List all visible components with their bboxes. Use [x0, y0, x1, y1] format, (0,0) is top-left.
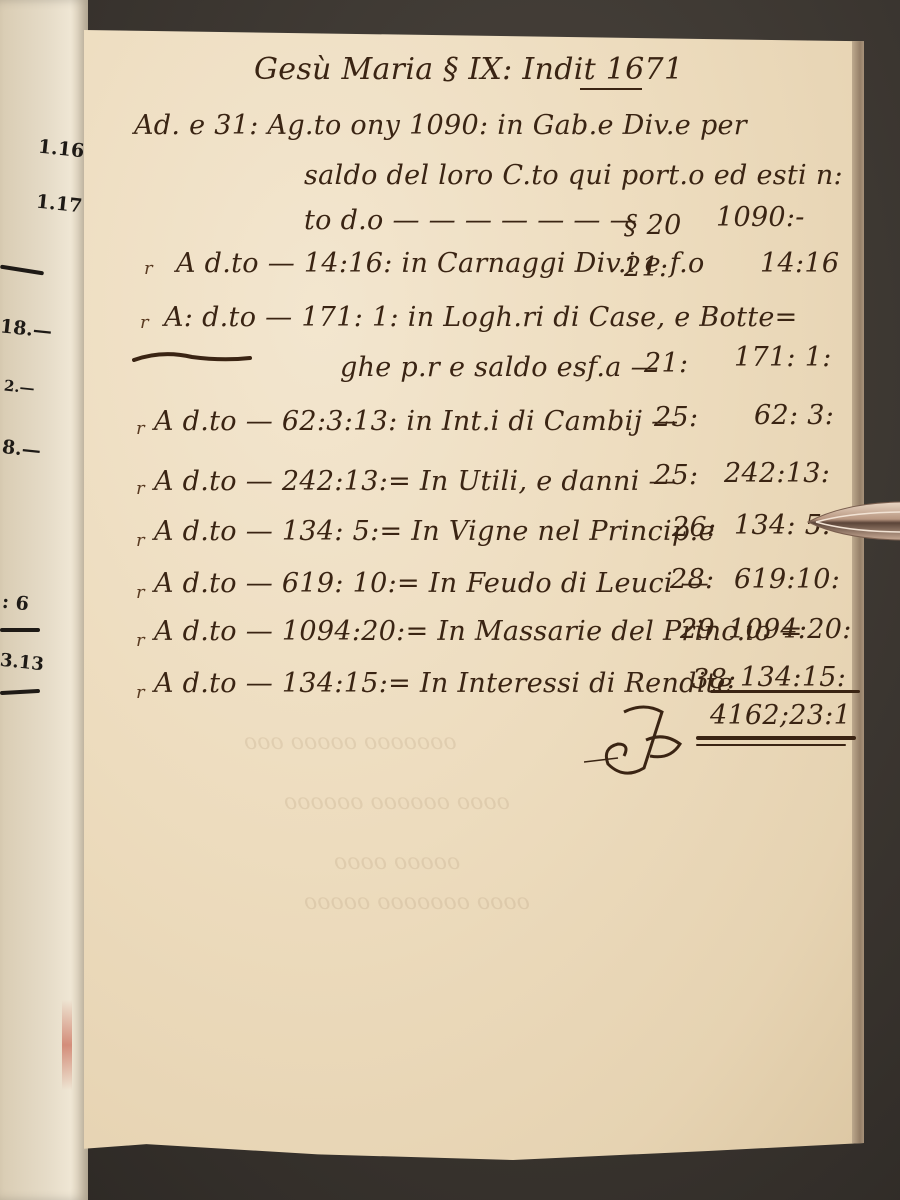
- entry-marker: r: [136, 630, 145, 651]
- entry-ref: 25:: [654, 460, 698, 491]
- facing-page-rule: [0, 689, 40, 695]
- bleed-through-text: oooo oooooo oooooo: [284, 790, 510, 815]
- manuscript-page: ooooooo ooooo ooo oooo oooooo oooooo ooo…: [84, 30, 864, 1160]
- entry-marker: r: [136, 530, 145, 551]
- entry-amount: 14:16: [760, 248, 839, 279]
- entry-amount: 242:13:: [724, 458, 830, 489]
- facing-page-number: 1.17: [35, 191, 83, 218]
- facing-page: 1.16 1.17 18.— 2.— 8.— : 6 3.13: [0, 0, 88, 1200]
- entry-amount: 62: 3:: [754, 400, 834, 431]
- flourish-stroke: [132, 352, 252, 362]
- entry-ref: 21:: [624, 252, 668, 283]
- entry-ref: § 20: [624, 210, 682, 241]
- year-underline: [580, 88, 642, 90]
- entry-amount: 619:10:: [734, 564, 840, 595]
- entry-marker: r: [136, 582, 145, 603]
- bleed-through-text: ooooo oooo: [334, 850, 460, 875]
- entry-line: A d.to — 619: 10:= In Feudo di Leuci —: [154, 568, 709, 599]
- total-double-rule: [696, 736, 856, 740]
- entry-line: A d.to — 134: 5:= In Vigne nel Princip.e: [154, 516, 715, 547]
- sum-rule: [710, 690, 860, 693]
- entry-line: A d.to — 242:13:= In Utili, e danni —: [154, 466, 676, 497]
- bleed-through-text: ooooooo ooooo ooo: [244, 730, 457, 755]
- facing-page-rule: [0, 628, 40, 632]
- entry-line: to d.o — — — — — — —: [304, 205, 637, 236]
- entry-line: A d.to — 62:3:13: in Int.i di Cambij —: [154, 406, 678, 437]
- facing-page-number: 1.16: [37, 136, 85, 163]
- facing-page-number: 2.—: [3, 376, 35, 397]
- entry-line: A: d.to — 171: 1: in Logh.ri di Case, e …: [164, 302, 798, 333]
- entry-amount: 1094:20:: [728, 614, 852, 645]
- entry-ref: 25:: [654, 402, 698, 433]
- entry-marker: r: [144, 258, 153, 279]
- entry-amount: 134:15:: [740, 662, 846, 693]
- entry-ref: 26:: [672, 512, 716, 543]
- entry-marker: r: [136, 478, 145, 499]
- entry-marker: r: [140, 312, 149, 333]
- page-edge-stain: [62, 1000, 72, 1090]
- total-double-rule: [696, 744, 846, 746]
- entry-marker: r: [136, 418, 145, 439]
- facing-page-rule: [0, 265, 44, 276]
- entry-amount: 1090:-: [716, 202, 805, 233]
- facing-page-number: 18.—: [0, 315, 53, 342]
- entry-line: A d.to — 134:15:= In Interessi di Rendit…: [154, 668, 733, 699]
- paper-knife-pointer: [806, 498, 900, 544]
- total-amount: 4162;23:1: [710, 700, 851, 731]
- entry-ref: 29: [680, 614, 715, 645]
- facing-page-number: : 6: [1, 591, 30, 616]
- facing-page-number: 8.—: [1, 436, 42, 462]
- entry-marker: r: [136, 682, 145, 703]
- entry-line: Ad. e 31: Ag.to ony 1090: in Gab.e Div.e…: [134, 110, 747, 141]
- entry-amount: 171: 1:: [734, 342, 832, 373]
- entry-ref: 21:: [644, 348, 688, 379]
- bleed-through-text: oooo ooooooo ooooo: [304, 890, 530, 915]
- entry-ref: 28:: [670, 564, 714, 595]
- entry-line: saldo del loro C.to qui port.o ed esti n…: [304, 160, 843, 191]
- total-signum-flourish: [584, 698, 694, 778]
- facing-page-number: 3.13: [0, 650, 45, 675]
- document-heading: Gesù Maria § IX: Indit 1671: [254, 52, 683, 87]
- entry-line: ghe p.r e saldo esf.a —: [340, 352, 658, 383]
